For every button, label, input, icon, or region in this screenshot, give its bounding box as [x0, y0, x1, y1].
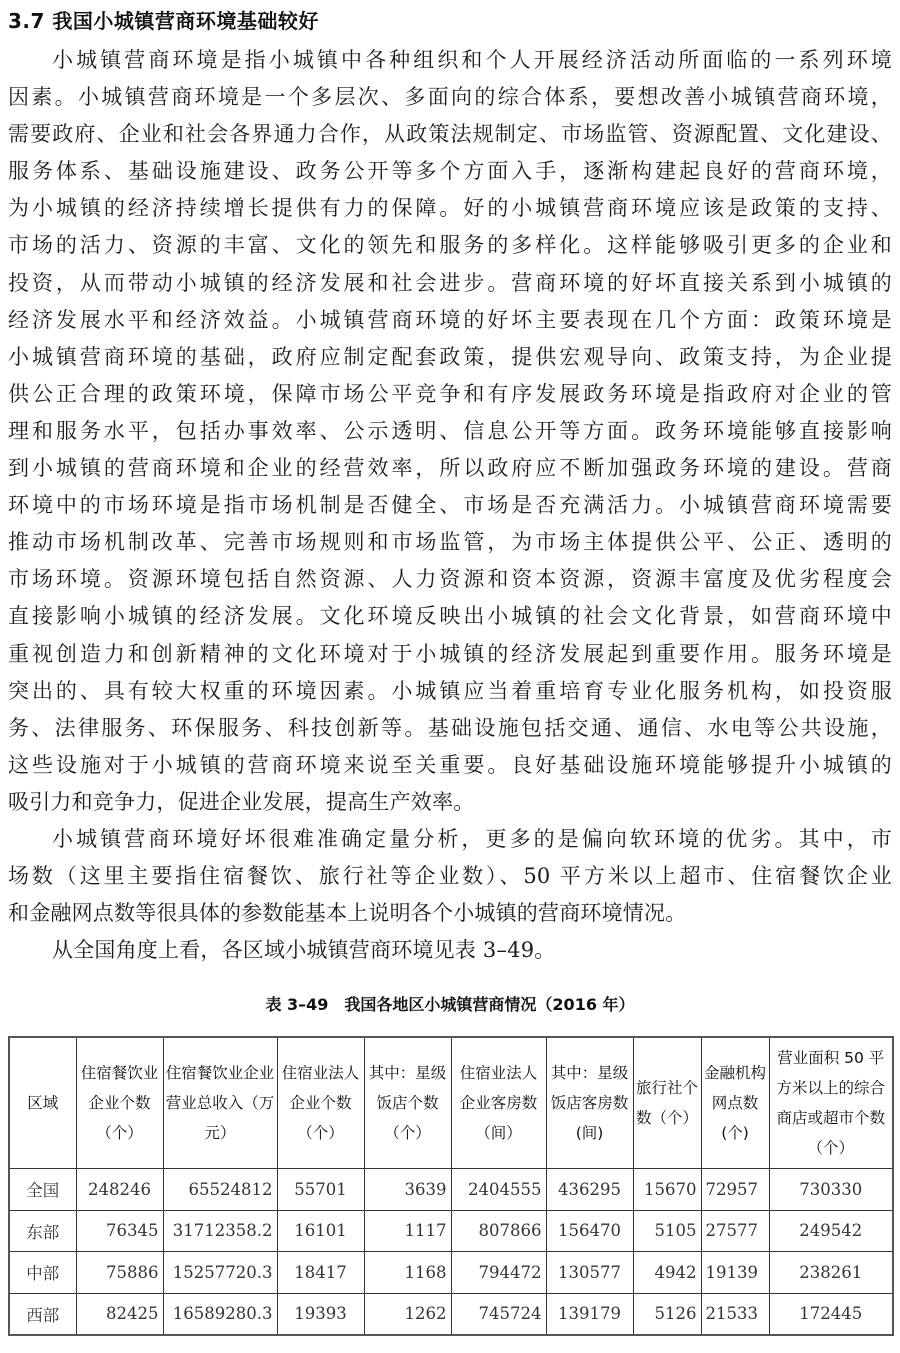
- cell-region: 全国: [9, 1169, 76, 1211]
- cell-value: 1262: [364, 1293, 451, 1335]
- paragraph-1-line: 投资，从而带动小城镇的经济发展和社会进步。营商环境的好坏直接关系到小城镇的: [8, 265, 892, 302]
- column-header-travel-agencies: 旅行社个数（个）: [633, 1037, 701, 1169]
- cell-value: 1168: [364, 1252, 451, 1294]
- cell-value: 807866: [451, 1210, 546, 1252]
- table-row: 东部 76345 31712358.2 16101 1117 807866 15…: [9, 1210, 893, 1252]
- table-row: 西部 82425 16589280.3 19393 1262 745724 13…: [9, 1293, 893, 1335]
- cell-value: 15257720.3: [163, 1252, 277, 1294]
- cell-value: 1117: [364, 1210, 451, 1252]
- cell-value: 139179: [546, 1293, 633, 1335]
- cell-value: 248246: [76, 1169, 163, 1211]
- paragraph-1-line: 推动市场机制改革、完善市场规则和市场监管，为市场主体提供公平、公正、透明的: [8, 524, 892, 561]
- cell-value: 249542: [769, 1210, 893, 1252]
- cell-value: 31712358.2: [163, 1210, 277, 1252]
- paragraph-1-line: 重视创造力和创新精神的文化环境对于小城镇的经济发展起到重要作用。服务环境是: [8, 636, 892, 673]
- column-header-lodging-rooms: 住宿业法人企业客房数（间）: [451, 1037, 546, 1169]
- paragraph-1-line: 经济发展水平和经济效益。小城镇营商环境的好坏主要表现在几个方面：政策环境是: [8, 302, 892, 339]
- paragraph-1-line: 这些设施对于小城镇的营商环境来说至关重要。良好基础设施环境能够提升小城镇的: [8, 747, 892, 784]
- table-row: 全国 248246 65524812 55701 3639 2404555 43…: [9, 1169, 893, 1211]
- cell-value: 75886: [76, 1252, 163, 1294]
- paragraph-3-line: 从全国角度上看，各区域小城镇营商环境见表 3–49。: [8, 932, 892, 969]
- paragraph-1-line: 小城镇营商环境是指小城镇中各种组织和个人开展经济活动所面临的一系列环境: [8, 42, 892, 79]
- column-header-star-hotel-rooms: 其中：星级饭店客房数(间): [546, 1037, 633, 1169]
- cell-value: 745724: [451, 1293, 546, 1335]
- column-header-catering-enterprises: 住宿餐饮业企业个数（个）: [76, 1037, 163, 1169]
- cell-value: 130577: [546, 1252, 633, 1294]
- paragraph-1-line: 服务体系、基础设施建设、政务公开等多个方面入手，逐渐构建起良好的营商环境，: [8, 153, 892, 190]
- cell-value: 436295: [546, 1169, 633, 1211]
- body-text: 小城镇营商环境是指小城镇中各种组织和个人开展经济活动所面临的一系列环境 因素。小…: [8, 42, 892, 969]
- cell-value: 72957: [701, 1169, 769, 1211]
- cell-region: 西部: [9, 1293, 76, 1335]
- column-header-star-hotels: 其中：星级饭店个数（个）: [364, 1037, 451, 1169]
- cell-value: 5105: [633, 1210, 701, 1252]
- table-header-row: 区域 住宿餐饮业企业个数（个） 住宿餐饮业企业营业总收入（万元） 住宿业法人企业…: [9, 1037, 893, 1169]
- paragraph-1-line: 因素。小城镇营商环境是一个多层次、多面向的综合体系，要想改善小城镇营商环境，: [8, 79, 892, 116]
- column-header-lodging-legal-entities: 住宿业法人企业个数（个）: [277, 1037, 364, 1169]
- cell-value: 76345: [76, 1210, 163, 1252]
- cell-value: 3639: [364, 1169, 451, 1211]
- cell-value: 2404555: [451, 1169, 546, 1211]
- cell-value: 5126: [633, 1293, 701, 1335]
- paragraph-1-line: 为小城镇的经济持续增长提供有力的保障。好的小城镇营商环境应该是政策的支持、: [8, 190, 892, 227]
- paragraph-1-line: 务、法律服务、环保服务、科技创新等。基础设施包括交通、通信、水电等公共设施，: [8, 710, 892, 747]
- business-environment-table: 区域 住宿餐饮业企业个数（个） 住宿餐饮业企业营业总收入（万元） 住宿业法人企业…: [8, 1036, 894, 1336]
- cell-value: 21533: [701, 1293, 769, 1335]
- column-header-financial-outlets: 金融机构网点数(个): [701, 1037, 769, 1169]
- table-caption: 表 3–49 我国各地区小城镇营商情况（2016 年）: [0, 993, 900, 1017]
- cell-region: 中部: [9, 1252, 76, 1294]
- column-header-catering-revenue: 住宿餐饮业企业营业总收入（万元）: [163, 1037, 277, 1169]
- cell-value: 18417: [277, 1252, 364, 1294]
- cell-value: 82425: [76, 1293, 163, 1335]
- paragraph-1-line: 理和服务水平，包括办事效率、公示透明、信息公开等方面。政务环境能够直接影响: [8, 413, 892, 450]
- paragraph-1-line: 环境中的市场环境是指市场机制是否健全、市场是否充满活力。小城镇营商环境需要: [8, 487, 892, 524]
- cell-value: 730330: [769, 1169, 893, 1211]
- section-heading: 3.7 我国小城镇营商环境基础较好: [8, 6, 319, 36]
- cell-region: 东部: [9, 1210, 76, 1252]
- cell-value: 794472: [451, 1252, 546, 1294]
- cell-value: 55701: [277, 1169, 364, 1211]
- paragraph-2-line: 和金融网点数等很具体的参数能基本上说明各个小城镇的营商环境情况。: [8, 895, 892, 932]
- cell-value: 172445: [769, 1293, 893, 1335]
- cell-value: 19393: [277, 1293, 364, 1335]
- paragraph-1-line: 突出的、具有较大权重的环境因素。小城镇应当着重培育专业化服务机构，如投资服: [8, 673, 892, 710]
- cell-value: 65524812: [163, 1169, 277, 1211]
- paragraph-1-line: 市场环境。资源环境包括自然资源、人力资源和资本资源，资源丰富度及优劣程度会: [8, 561, 892, 598]
- cell-value: 19139: [701, 1252, 769, 1294]
- column-header-region: 区域: [9, 1037, 76, 1169]
- paragraph-1-line: 到小城镇的营商环境和企业的经营效率，所以政府应不断加强政务环境的建设。营商: [8, 450, 892, 487]
- paragraph-1-line: 需要政府、企业和社会各界通力合作，从政策法规制定、市场监管、资源配置、文化建设、: [8, 116, 892, 153]
- paragraph-2-line: 小城镇营商环境好坏很难准确定量分析，更多的是偏向软环境的优劣。其中，市: [8, 821, 892, 858]
- paragraph-2-line: 场数（这里主要指住宿餐饮、旅行社等企业数）、50 平方米以上超市、住宿餐饮企业: [8, 858, 892, 895]
- cell-value: 15670: [633, 1169, 701, 1211]
- paragraph-1-line: 吸引力和竞争力，促进企业发展，提高生产效率。: [8, 784, 892, 821]
- cell-value: 16589280.3: [163, 1293, 277, 1335]
- paragraph-1-line: 小城镇营商环境的基础，政府应制定配套政策，提供宏观导向、政策支持，为企业提: [8, 339, 892, 376]
- cell-value: 238261: [769, 1252, 893, 1294]
- paragraph-1-line: 供公正合理的政策环境，保障市场公平竞争和有序发展政务环境是指政府对企业的管: [8, 376, 892, 413]
- table-row: 中部 75886 15257720.3 18417 1168 794472 13…: [9, 1252, 893, 1294]
- column-header-supermarkets: 营业面积 50 平方米以上的综合商店或超市个数（个）: [769, 1037, 893, 1169]
- paragraph-1-line: 直接影响小城镇的经济发展。文化环境反映出小城镇的社会文化背景，如营商环境中: [8, 598, 892, 635]
- cell-value: 4942: [633, 1252, 701, 1294]
- paragraph-1-line: 市场的活力、资源的丰富、文化的领先和服务的多样化。这样能够吸引更多的企业和: [8, 227, 892, 264]
- cell-value: 16101: [277, 1210, 364, 1252]
- cell-value: 156470: [546, 1210, 633, 1252]
- cell-value: 27577: [701, 1210, 769, 1252]
